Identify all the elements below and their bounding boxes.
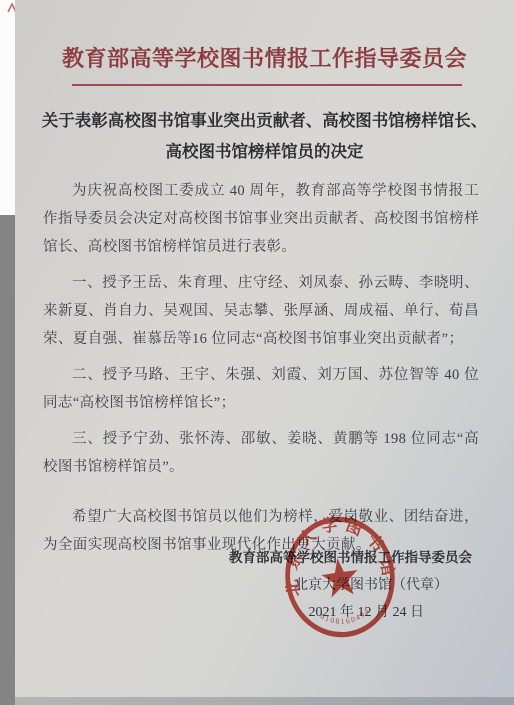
signature-date: 2021 年 12 月 24 日 bbox=[15, 599, 514, 626]
paper: 教育部高等学校图书情报工作指导委员会 关于表彰高校图书馆事业突出贡献者、高校图书… bbox=[15, 0, 514, 697]
document-photo: 教育部高等学校图书情报工作指导委员会 关于表彰高校图书馆事业突出贡献者、高校图书… bbox=[0, 0, 514, 705]
photo-edge-left-top bbox=[0, 0, 15, 215]
letterhead-rule bbox=[72, 84, 462, 86]
signature-block: 教育部高等学校图书情报工作指导委员会 北京大学图书馆（代章） 2021 年 12… bbox=[15, 544, 514, 626]
letterhead-title: 教育部高等学校图书情报工作指导委员会 bbox=[15, 42, 514, 73]
photo-edge-left-bottom bbox=[0, 215, 15, 705]
official-seal-stamp: 北京大学图书馆 0108160494 bbox=[275, 507, 405, 648]
seal-star-icon bbox=[319, 556, 360, 599]
paragraph-item-1: 一、授予王岳、朱育理、庄守经、刘凤泰、孙云畴、李晓明、来新夏、肖自力、吴观国、吴… bbox=[43, 269, 479, 353]
paragraph-item-3: 三、授予宁劲、张怀涛、邵敏、姜晓、黄鹏等 198 位同志“高校图书馆榜样馆员”。 bbox=[43, 425, 479, 481]
signature-org: 教育部高等学校图书情报工作指导委员会 bbox=[15, 544, 514, 572]
paragraph-item-2: 二、授予马路、王宇、朱强、刘霞、刘万国、苏位智等 40 位同志“高校图书馆榜样馆… bbox=[43, 361, 479, 417]
document-title: 关于表彰高校图书馆事业突出贡献者、高校图书馆榜样馆长、 高校图书馆榜样馆员的决定 bbox=[15, 105, 514, 167]
signature-agency: 北京大学图书馆（代章） bbox=[15, 572, 514, 599]
document-body: 为庆祝高校图工委成立 40 周年，教育部高等学校图书情报工作指导委员会决定对高校… bbox=[43, 177, 479, 559]
document-title-line2: 高校图书馆榜样馆员的决定 bbox=[166, 142, 364, 161]
photo-edge-bottom bbox=[15, 697, 514, 705]
document-title-line1: 关于表彰高校图书馆事业突出贡献者、高校图书馆榜样馆长、 bbox=[42, 111, 488, 130]
paragraph-intro: 为庆祝高校图工委成立 40 周年，教育部高等学校图书情报工作指导委员会决定对高校… bbox=[43, 177, 479, 261]
